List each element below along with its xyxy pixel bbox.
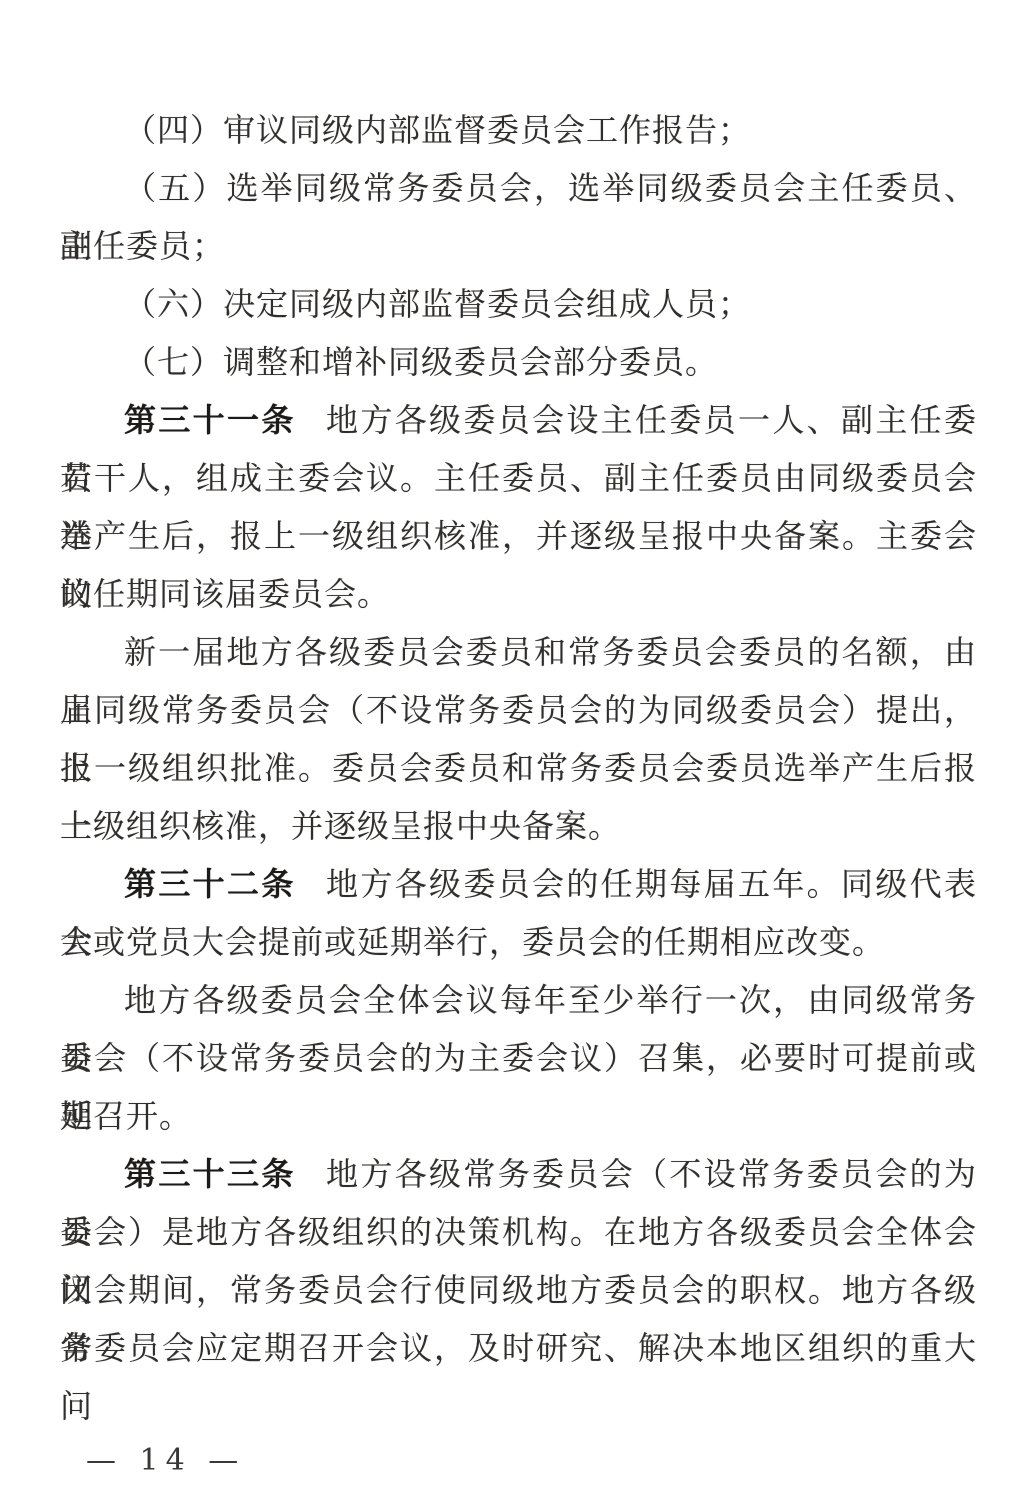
text-line: 的任期同该届委员会。 xyxy=(60,565,977,623)
text-line: 新一届地方各级委员会委员和常务委员会委员的名额，由上 xyxy=(60,623,977,681)
text-line: 期召开。 xyxy=(60,1087,977,1145)
article-number: 第三十一条 xyxy=(124,401,296,439)
text-line: 举产生后，报上一级组织核准，并逐级呈报中央备案。主委会议 xyxy=(60,507,977,565)
line-text: 务委员会应定期召开会议，及时研究、解决本地区组织的重大问 xyxy=(60,1329,977,1425)
text-line: （六）决定同级内部监督委员会组成人员； xyxy=(60,275,977,333)
text-line: 若干人，组成主委会议。主任委员、副主任委员由同级委员会选 xyxy=(60,449,977,507)
text-line: 员会）是地方各级组织的决策机构。在地方各级委员会全体会议 xyxy=(60,1203,977,1261)
document-body: （四）审议同级内部监督委员会工作报告； （五）选举同级常务委员会，选举同级委员会… xyxy=(60,101,977,1377)
text-line: 主任委员； xyxy=(60,217,977,275)
text-line: 一级组织核准，并逐级呈报中央备案。 xyxy=(60,797,977,855)
text-line: 第三十一条地方各级委员会设主任委员一人、副主任委员 xyxy=(60,391,977,449)
line-text: （六）决定同级内部监督委员会组成人员； xyxy=(124,285,751,323)
line-text: 会或党员大会提前或延期举行，委员会的任期相应改变。 xyxy=(60,923,885,961)
text-line: 员会（不设常务委员会的为主委会议）召集，必要时可提前或延 xyxy=(60,1029,977,1087)
line-text: （七）调整和增补同级委员会部分委员。 xyxy=(124,343,718,381)
line-text: （四）审议同级内部监督委员会工作报告； xyxy=(124,111,751,149)
article-number: 第三十二条 xyxy=(124,865,296,903)
text-line: （四）审议同级内部监督委员会工作报告； xyxy=(60,101,977,159)
text-line: 上一级组织批准。委员会委员和常务委员会委员选举产生后报上 xyxy=(60,739,977,797)
line-text: 期召开。 xyxy=(60,1097,192,1135)
text-line: 地方各级委员会全体会议每年至少举行一次，由同级常务委 xyxy=(60,971,977,1029)
line-text: 主任委员； xyxy=(60,227,225,265)
text-line: 务委员会应定期召开会议，及时研究、解决本地区组织的重大问 xyxy=(60,1319,977,1377)
line-text: 的任期同该届委员会。 xyxy=(60,575,390,613)
document-page: （四）审议同级内部监督委员会工作报告； （五）选举同级常务委员会，选举同级委员会… xyxy=(0,0,1024,1508)
text-line: （五）选举同级常务委员会，选举同级委员会主任委员、副 xyxy=(60,159,977,217)
text-line: 届同级常务委员会（不设常务委员会的为同级委员会）提出，报 xyxy=(60,681,977,739)
text-line: （七）调整和增补同级委员会部分委员。 xyxy=(60,333,977,391)
page-number: — 14 — xyxy=(86,1432,245,1490)
text-line: 第三十三条地方各级常务委员会（不设常务委员会的为委 xyxy=(60,1145,977,1203)
line-text: 一级组织核准，并逐级呈报中央备案。 xyxy=(60,807,621,845)
text-line: 会或党员大会提前或延期举行，委员会的任期相应改变。 xyxy=(60,913,977,971)
text-line: 第三十二条地方各级委员会的任期每届五年。同级代表大 xyxy=(60,855,977,913)
article-number: 第三十三条 xyxy=(124,1155,296,1193)
text-line: 闭会期间，常务委员会行使同级地方委员会的职权。地方各级常 xyxy=(60,1261,977,1319)
